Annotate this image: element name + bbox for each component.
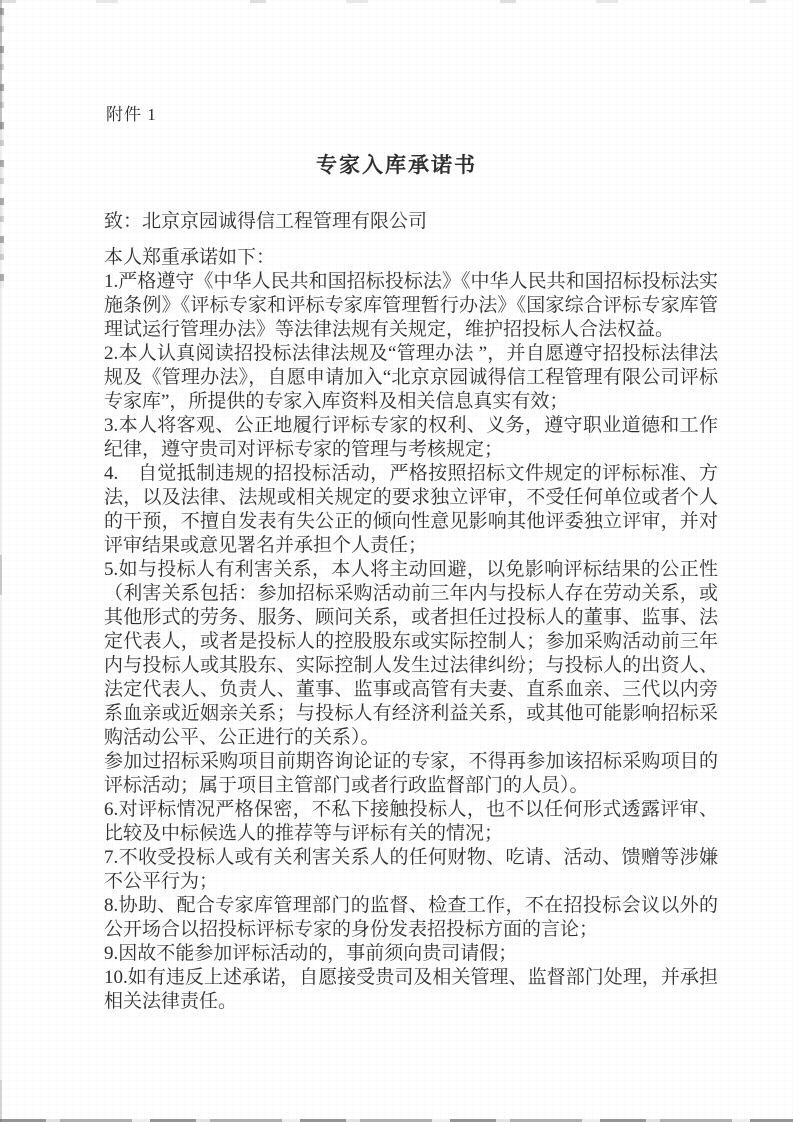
document-body: 本人郑重承诺如下： 1.严格遵守《中华人民共和国招标投标法》《中华人民共和国招标…: [104, 246, 718, 1014]
document-title: 专家入库承诺书: [0, 149, 793, 179]
clause-10: 10.如有违反上述承诺，自愿接受贵司及相关管理、监督部门处理，并承担相关法律责任…: [104, 966, 718, 1014]
clause-5-continuation: 参加过招标采购项目前期咨询论证的专家，不得再参加该招标采购项目的评标活动；属于项…: [104, 750, 718, 798]
clause-2: 2.本人认真阅读招投标法律法规及“管理办法 ”，并自愿遵守招投标法律法规及《管理…: [104, 342, 718, 414]
clause-1: 1.严格遵守《中华人民共和国招标投标法》《中华人民共和国招标投标法实施条例》《评…: [104, 270, 718, 342]
addressee-line: 致：北京京园诚得信工程管理有限公司: [104, 206, 427, 233]
clause-7: 7.不收受投标人或有关利害关系人的任何财物、吃请、活动、馈赠等涉嫌不公平行为；: [104, 846, 718, 894]
clause-8: 8.协助、配合专家库管理部门的监督、检查工作，不在招投标会议以外的公开场合以招投…: [104, 894, 718, 942]
clause-9: 9.因故不能参加评标活动的，事前须向贵司请假；: [104, 942, 718, 966]
document-page: 附件 1 专家入库承诺书 致：北京京园诚得信工程管理有限公司 本人郑重承诺如下：…: [0, 0, 793, 1122]
clause-4: 4. 自觉抵制违规的招投标活动，严格按照招标文件规定的评标标准、方法，以及法律、…: [104, 462, 718, 558]
clause-6: 6.对评标情况严格保密，不私下接触投标人，也不以任何形式透露评审、比较及中标候选…: [104, 798, 718, 846]
attachment-label: 附件 1: [106, 100, 157, 125]
scan-artifact-left-dashes: [0, 8, 4, 288]
clause-3: 3.本人将客观、公正地履行评标专家的权利、义务，遵守职业道德和工作纪律，遵守贵司…: [104, 414, 718, 462]
intro-paragraph: 本人郑重承诺如下：: [104, 246, 718, 270]
clause-5: 5.如与投标人有利害关系，本人将主动回避，以免影响评标结果的公正性（利害关系包括…: [104, 558, 718, 750]
scan-artifact-top-edge: [0, 0, 793, 3]
